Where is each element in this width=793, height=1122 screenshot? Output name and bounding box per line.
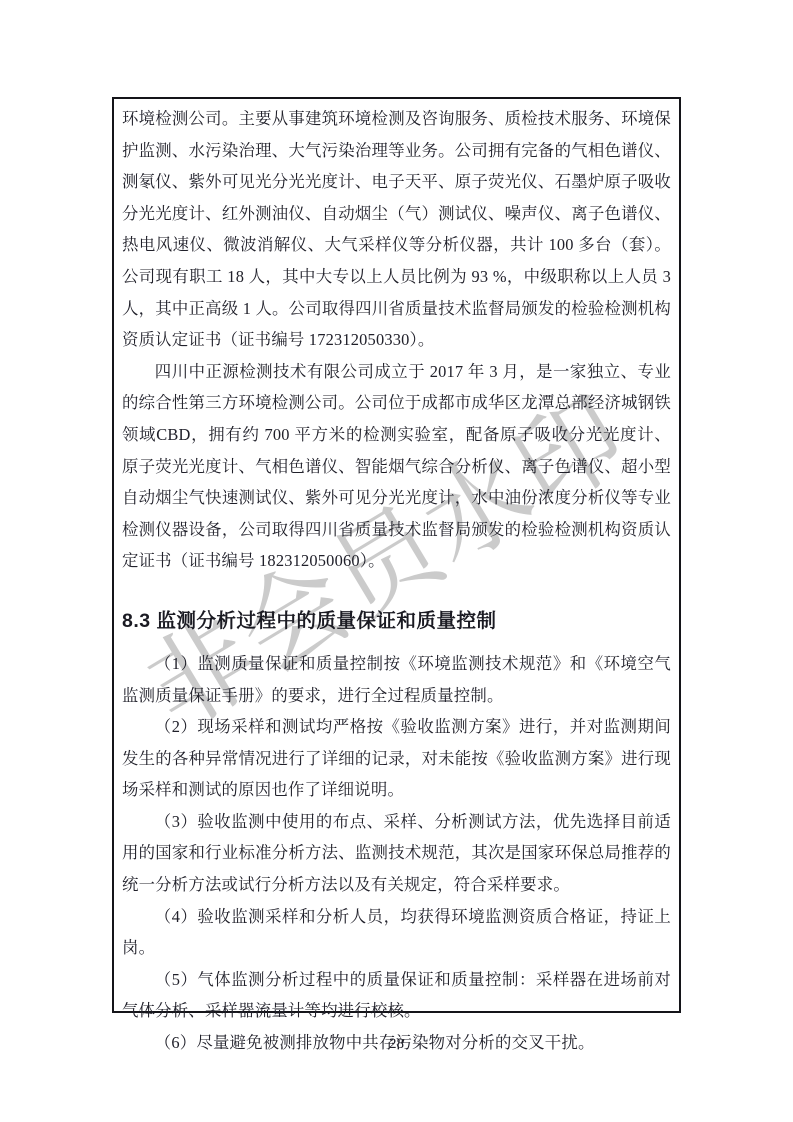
content-area: 环境检测公司。主要从事建筑环境检测及咨询服务、质检技术服务、环境保护监测、水污染… — [112, 97, 681, 1013]
list-item-5: （5）气体监测分析过程中的质量保证和质量控制：采样器在进场前对气体分析、采样器流… — [122, 964, 671, 1027]
list-item-1: （1）监测质量保证和质量控制按《环境监测技术规范》和《环境空气监测质量保证手册》… — [122, 648, 671, 711]
page-number: 28 — [0, 1036, 793, 1053]
list-item-4: （4）验收监测采样和分析人员，均获得环境监测资质合格证，持证上岗。 — [122, 901, 671, 964]
paragraph-company-1: 环境检测公司。主要从事建筑环境检测及咨询服务、质检技术服务、环境保护监测、水污染… — [122, 103, 671, 356]
paragraph-company-2: 四川中正源检测技术有限公司成立于 2017 年 3 月，是一家独立、专业的综合性… — [122, 356, 671, 577]
document-page: 非会员水印 环境检测公司。主要从事建筑环境检测及咨询服务、质检技术服务、环境保护… — [0, 0, 793, 1122]
section-heading: 8.3 监测分析过程中的质量保证和质量控制 — [122, 606, 671, 636]
list-item-3: （3）验收监测中使用的布点、采样、分析测试方法，优先选择目前适用的国家和行业标准… — [122, 806, 671, 901]
list-item-2: （2）现场采样和测试均严格按《验收监测方案》进行，并对监测期间发生的各种异常情况… — [122, 711, 671, 806]
